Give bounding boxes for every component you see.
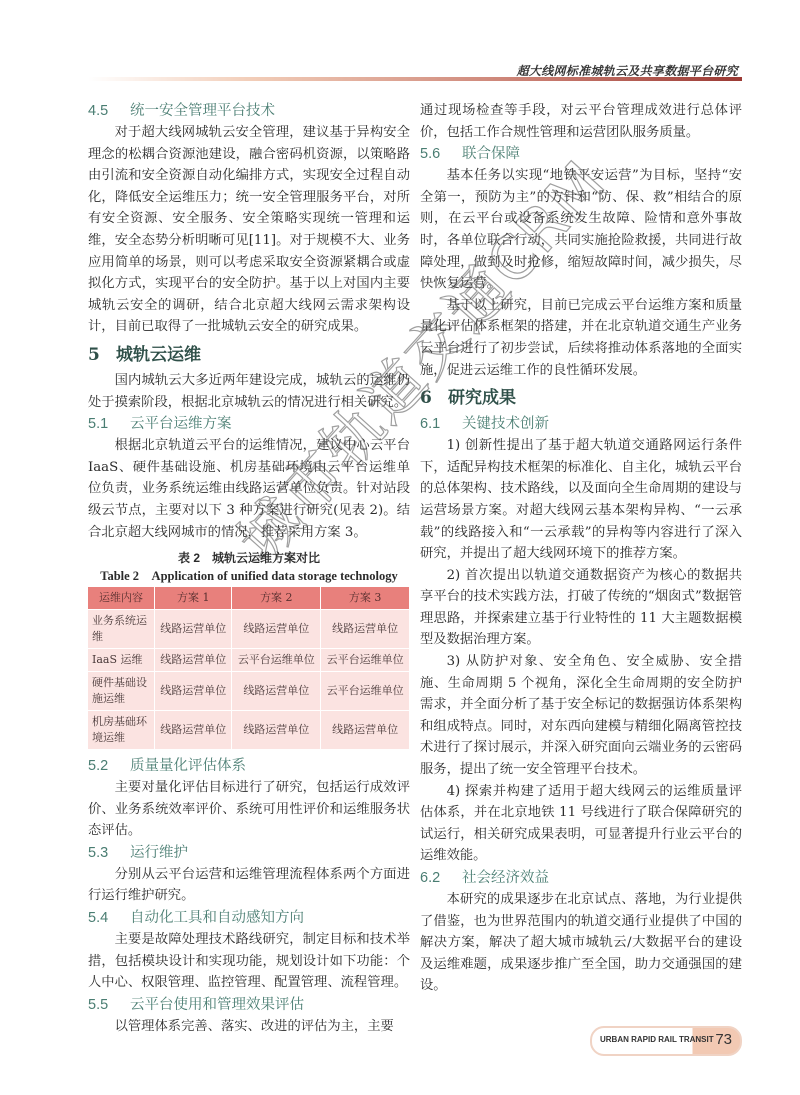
section-heading-5-5: 5.5云平台使用和管理效果评估 [88,994,410,1016]
table-cell: 线路运营单位 [155,649,232,672]
section-number: 5.2 [88,755,130,777]
table-header-cell: 运维内容 [88,587,155,610]
section-title: 联合保障 [462,146,520,162]
table-caption-cn: 表 2 城轨云运维方案对比 [88,549,410,567]
section-title: 统一安全管理平台技术 [130,103,275,119]
paragraph-5-5-continued: 通过现场检查等手段，对云平台管理成效进行总体评价，包括工作合规性管理和运营团队服… [420,100,742,143]
table-cell: 云平台运维单位 [321,672,410,711]
section-title: 研究成果 [448,388,516,408]
left-column: 4.5统一安全管理平台技术 对于超大线网城轨云安全管理，建议基于异构安全理念的松… [88,100,410,1037]
paragraph-6-2: 本研究的成果逐步在北京试点、落地，为行业提供了借鉴，也为世界范围内的轨道交通行业… [420,889,742,997]
section-number: 6.2 [420,867,462,889]
section-heading-5: 5城轨云运维 [88,342,410,368]
table-cell: 线路运营单位 [232,711,321,750]
innovation-item-1: 1) 创新性提出了基于超大轨道交通路网运行条件下，适配异构技术框架的标准化、自主… [420,435,742,565]
section-title: 云平台使用和管理效果评估 [130,997,304,1013]
table-cell: 线路运营单位 [155,711,232,750]
paragraph-5-5: 以管理体系完善、落实、改进的评估为主，主要 [88,1016,410,1038]
section-title: 关键技术创新 [462,416,549,432]
table-row: 硬件基础设施运维 线路运营单位 线路运营单位 云平台运维单位 [88,672,410,711]
section-heading-5-2: 5.2质量量化评估体系 [88,755,410,777]
section-number: 5.1 [88,413,130,435]
table-row: IaaS 运维 线路运营单位 云平台运维单位 云平台运维单位 [88,649,410,672]
header-rule [88,77,742,81]
paragraph-5-4: 主要是故障处理技术路线研究，制定目标和技术举措，包括模块设计和实现功能，规划设计… [88,929,410,994]
paragraph-4-5: 对于超大线网城轨云安全管理，建议基于异构安全理念的松耦合资源池建设，融合密码机资… [88,122,410,338]
table-cell: 线路运营单位 [232,610,321,649]
table-caption-en: Table 2 Application of unified data stor… [88,567,410,585]
table-cell: 硬件基础设施运维 [88,672,155,711]
paragraph-5-2: 主要对量化评估目标进行了研究，包括运行成效评价、业务系统效率评价、系统可用性评价… [88,777,410,842]
section-number: 5.6 [420,143,462,165]
right-column: 通过现场检查等手段，对云平台管理成效进行总体评价，包括工作合规性管理和运营团队服… [420,100,742,997]
section-heading-5-6: 5.6联合保障 [420,143,742,165]
section-number: 4.5 [88,100,130,122]
table-cell: 线路运营单位 [232,672,321,711]
section-number: 5.3 [88,842,130,864]
table-cell: 机房基础环境运维 [88,711,155,750]
paragraph-5-6-a: 基本任务以实现“地铁平安运营”为目标，坚持“安全第一，预防为主”的方针和“防、保… [420,165,742,295]
page-number: 73 [715,1031,732,1048]
section-number: 5.4 [88,907,130,929]
section-heading-6: 6研究成果 [420,385,742,411]
section-heading-6-1: 6.1关键技术创新 [420,413,742,435]
table-header-row: 运维内容 方案 1 方案 2 方案 3 [88,587,410,610]
section-number: 6 [420,385,448,411]
table-cell: 云平台运维单位 [321,649,410,672]
innovation-item-3: 3) 从防护对象、安全角色、安全威胁、安全措施、生命周期 5 个视角，深化全生命… [420,651,742,781]
section-title: 社会经济效益 [462,870,549,886]
table-header-cell: 方案 2 [232,587,321,610]
journal-name: URBAN RAPID RAIL TRANSIT [600,1035,714,1044]
section-number: 6.1 [420,413,462,435]
section-heading-5-3: 5.3运行维护 [88,842,410,864]
section-title: 运行维护 [130,845,188,861]
table-header-cell: 方案 1 [155,587,232,610]
innovation-item-2: 2) 首次提出以轨道交通数据资产为核心的数据共享平台的技术实践方法，打破了传统的… [420,565,742,651]
section-title: 自动化工具和自动感知方向 [130,910,304,926]
table-header-cell: 方案 3 [321,587,410,610]
table-row: 机房基础环境运维 线路运营单位 线路运营单位 线路运营单位 [88,711,410,750]
table-cell: 业务系统运维 [88,610,155,649]
table-cell: 线路运营单位 [155,610,232,649]
section-number: 5.5 [88,994,130,1016]
section-title: 城轨云运维 [116,345,201,365]
table-cell: IaaS 运维 [88,649,155,672]
paragraph-5-6-b: 基于以上研究，目前已完成云平台运维方案和质量量化评估体系框架的搭建，并在北京轨道… [420,295,742,381]
section-title: 质量量化评估体系 [130,758,246,774]
section-title: 云平台运维方案 [130,416,232,432]
table-cell: 云平台运维单位 [232,649,321,672]
paragraph-5-1: 根据北京轨道云平台的运维情况，建议中心云平台 IaaS、硬件基础设施、机房基础环… [88,435,410,543]
table-row: 业务系统运维 线路运营单位 线路运营单位 线路运营单位 [88,610,410,649]
ops-scheme-table: 运维内容 方案 1 方案 2 方案 3 业务系统运维 线路运营单位 线路运营单位… [88,587,410,749]
innovation-item-4: 4) 探索并构建了适用于超大线网云的运维质量评估体系，并在北京地铁 11 号线进… [420,781,742,867]
table-cell: 线路运营单位 [155,672,232,711]
section-heading-6-2: 6.2社会经济效益 [420,867,742,889]
table-cell: 线路运营单位 [321,711,410,750]
section-heading-5-4: 5.4自动化工具和自动感知方向 [88,907,410,929]
paragraph-5-3: 分别从云平台运营和运维管理流程体系两个方面进行运行维护研究。 [88,864,410,907]
paragraph-5: 国内城轨云大多近两年建设完成，城轨云的运维仍处于摸索阶段，根据北京城轨云的情况进… [88,370,410,413]
table-cell: 线路运营单位 [321,610,410,649]
section-heading-5-1: 5.1云平台运维方案 [88,413,410,435]
footer-badge: URBAN RAPID RAIL TRANSIT 73 [590,1026,742,1056]
section-heading-4-5: 4.5统一安全管理平台技术 [88,100,410,122]
section-number: 5 [88,342,116,368]
